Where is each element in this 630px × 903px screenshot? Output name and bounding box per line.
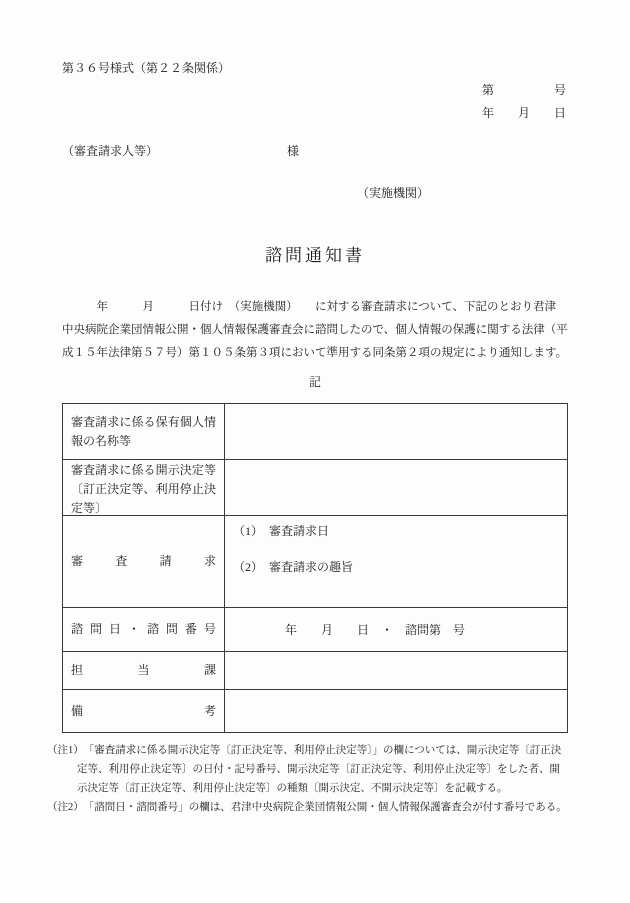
document-title: 諮問通知書 <box>0 241 630 266</box>
row-label-disclosure-decision: 審査請求に係る開示決定等〔訂正決定等、利用停止決定等〕 <box>71 460 216 518</box>
document-page: 第３６号様式（第２２条関係） 第 号 年 月 日 （審査請求人等） 様 （実施機… <box>0 0 630 903</box>
body-paragraph: 年 月 日付け （実施機関） に対する審査請求について、下記のとおり君津 中央病… <box>62 296 568 365</box>
row-label-consultation-number: 諮問日・諮問番号 <box>63 608 225 651</box>
addressee-label: （審査請求人等） <box>62 143 158 159</box>
details-table: 審査請求に係る保有個人情報の名称等 審査請求に係る開示決定等〔訂正決定等、利用停… <box>62 403 568 733</box>
review-request-purport-item: （2） 審査請求の趣旨 <box>233 558 567 577</box>
note-1: （注1） 「審査請求に係る開示決定等〔訂正決定等、利用停止決定等〕」の欄について… <box>47 741 561 798</box>
form-number: 第３６号様式（第２２条関係） <box>62 60 230 76</box>
issuer-label: （実施機関） <box>357 185 429 201</box>
row-label-remarks: 備考 <box>63 690 225 732</box>
table-row-review-request: 審査請求 （1） 審査請求日 （2） 審査請求の趣旨 <box>63 516 567 608</box>
review-request-date-item: （1） 審査請求日 <box>233 522 567 541</box>
ki-marker: 記 <box>0 374 630 390</box>
issue-number-line: 第 号 <box>482 82 566 98</box>
table-row-remarks: 備考 <box>63 690 567 732</box>
table-row-disclosure-decision: 審査請求に係る開示決定等〔訂正決定等、利用停止決定等〕 <box>63 460 567 516</box>
row-label-held-info: 審査請求に係る保有個人情報の名称等 <box>71 404 216 451</box>
addressee-honorific: 様 <box>287 143 299 159</box>
table-row-held-info: 審査請求に係る保有個人情報の名称等 <box>63 404 567 460</box>
note-2: （注2） 「諮問日・諮問番号」の欄は、君津中央病院企業団情報公開・個人情報保護審… <box>47 798 567 817</box>
issue-date-line: 年 月 日 <box>482 105 566 121</box>
row-value-disclosure-decision <box>225 460 567 515</box>
row-value-department <box>225 652 567 689</box>
row-value-remarks <box>225 690 567 732</box>
row-value-held-info <box>225 404 567 459</box>
table-row-consultation-number: 諮問日・諮問番号 年 月 日 ・ 諮問第 号 <box>63 608 567 652</box>
row-label-review-request: 審査請求 <box>63 516 225 607</box>
row-label-department: 担当課 <box>63 652 225 689</box>
row-value-consultation-number: 年 月 日 ・ 諮問第 号 <box>225 608 567 651</box>
table-row-department: 担当課 <box>63 652 567 690</box>
